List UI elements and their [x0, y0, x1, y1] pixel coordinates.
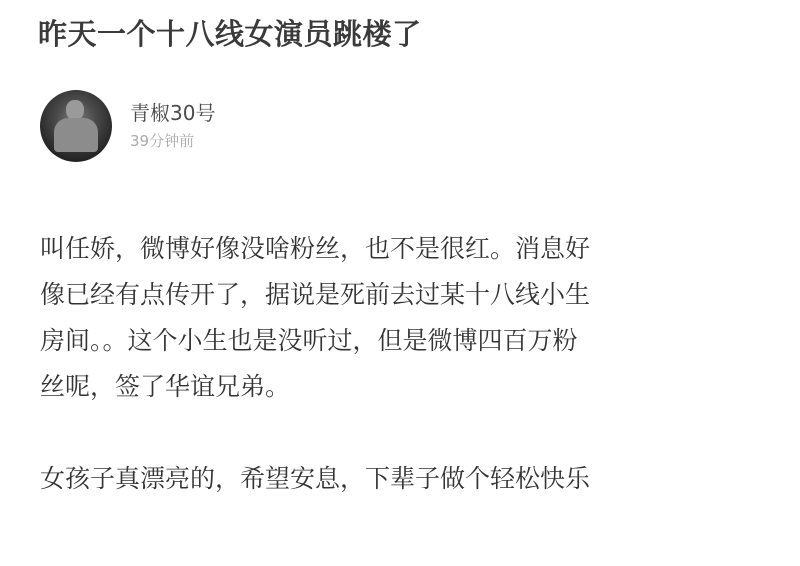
avatar-figure-body — [54, 118, 98, 152]
paragraph-line: 女孩子真漂亮的，希望安息，下辈子做个轻松快乐 — [40, 456, 780, 502]
paragraph-line: 房间。。这个小生也是没听过，但是微博四百万粉 — [40, 318, 780, 364]
avatar-figure-head — [66, 100, 84, 120]
paragraph-line: 丝呢，签了华谊兄弟。 — [40, 364, 780, 410]
author-meta: 青椒30号 39分钟前 — [130, 99, 215, 153]
author-name[interactable]: 青椒30号 — [130, 99, 215, 127]
author-row: 青椒30号 39分钟前 — [40, 88, 215, 164]
paragraph-line: 像已经有点传开了，据说是死前去过某十八线小生 — [40, 272, 780, 318]
paragraph-line: 叫任娇，微博好像没啥粉丝，也不是很红。消息好 — [40, 226, 780, 272]
avatar[interactable] — [40, 90, 112, 162]
post-timestamp: 39分钟前 — [130, 129, 215, 153]
post-title: 昨天一个十八线女演员跳楼了 — [38, 14, 422, 54]
post-paragraph: 女孩子真漂亮的，希望安息，下辈子做个轻松快乐 — [40, 456, 780, 502]
post-body: 叫任娇，微博好像没啥粉丝，也不是很红。消息好 像已经有点传开了，据说是死前去过某… — [40, 226, 780, 502]
post-paragraph: 叫任娇，微博好像没啥粉丝，也不是很红。消息好 像已经有点传开了，据说是死前去过某… — [40, 226, 780, 410]
